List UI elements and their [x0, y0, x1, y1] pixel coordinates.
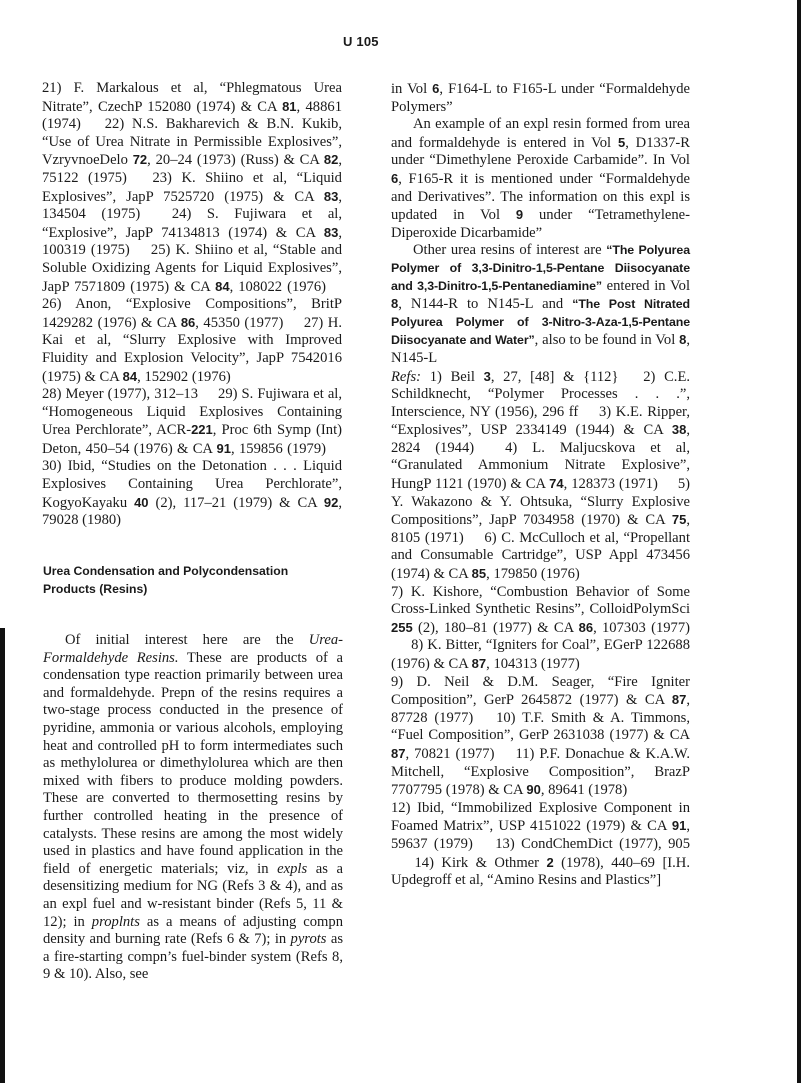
reference-1: 1) Beil 3, 27, [48] & {112} — [430, 369, 619, 385]
heading-line-2: Products (Resins) — [43, 581, 343, 599]
references-list: Refs: 1) Beil 3, 27, [48] & {112} 2) C.E… — [391, 368, 690, 890]
paragraph-other-urea-resins: Other urea resins of interest are “The P… — [391, 242, 690, 367]
paragraph-expl-resin-example: An example of an expl resin formed from … — [391, 116, 690, 242]
right-column: in Vol 6, F164-L to F165-L under “Formal… — [391, 80, 690, 890]
refs-label: Refs: — [391, 369, 421, 385]
reference-30: 30) Ibid, “Studies on the Detonation . .… — [42, 458, 342, 528]
scan-right-edge-shadow — [797, 0, 801, 1083]
section-body-paragraph: Of initial interest here are the Urea-Fo… — [43, 632, 343, 984]
page-number-header: U 105 — [343, 34, 379, 49]
reference-14: 14) Kirk & Othmer 2 (1978), 440–69 [I.H.… — [391, 855, 690, 889]
scan-left-edge-shadow — [0, 628, 5, 1083]
reference-7: 7) K. Kishore, “Combustion Behavior of S… — [391, 584, 690, 636]
section-heading-urea-condensation: Urea Condensation and Polycondensation P… — [43, 563, 343, 598]
heading-line-1: Urea Condensation and Polycondensation — [43, 563, 343, 581]
left-column-references: 21) F. Markalous et al, “Phlegmatous Ure… — [42, 80, 342, 530]
reference-13: 13) CondChemDict (1977), 905 — [495, 836, 690, 852]
reference-8: 8) K. Bitter, “Igniters for Coal”, EGerP… — [391, 637, 690, 672]
reference-26: 26) Anon, “Explosive Compositions”, Brit… — [42, 296, 342, 331]
paragraph-urea-formaldehyde-resins: Of initial interest here are the Urea-Fo… — [43, 632, 343, 984]
reference-28: 28) Meyer (1977), 312–13 — [42, 386, 198, 402]
paragraph-continuation: in Vol 6, F164-L to F165-L under “Formal… — [391, 80, 690, 116]
